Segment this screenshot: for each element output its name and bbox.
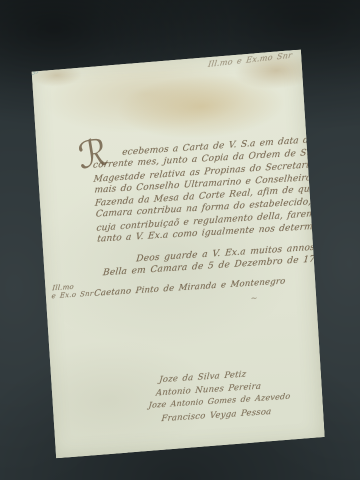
paraph-mark: ~ [250, 293, 258, 303]
letter-body: ecebemos a Carta de V. S.a em data de 6 … [92, 134, 346, 247]
corner-inscription: Ill.mo e Ex.mo Snr [207, 51, 292, 69]
manuscript-paper: 33 Ill.mo e Ex.mo Snr ℛ ecebemos a Carta… [29, 49, 325, 458]
photo-background: { "colors":{ "bg":"#2c3538","bg-dark":"#… [0, 0, 360, 480]
archival-mark: 33 [30, 68, 40, 77]
addressee-honorific: Ill.mo e Ex.o Snr [51, 282, 94, 301]
signature-line: Francisco Veyga Pessoa [161, 407, 272, 424]
